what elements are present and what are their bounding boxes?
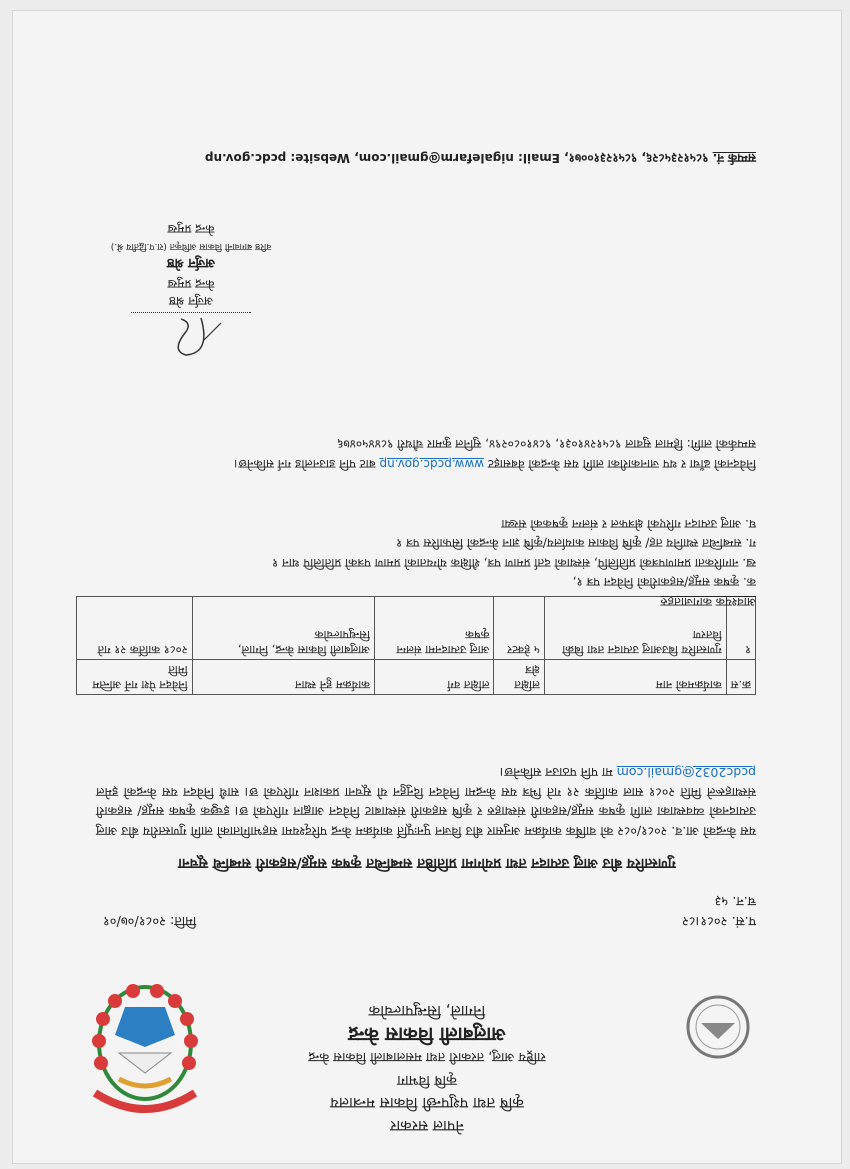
footer-website-label: Website: [290, 151, 349, 165]
contact-persons: सम्पर्कको लागि: हिमाल सुवाल ९८५१२४१०३१, … [76, 434, 756, 454]
ministry-name: कृषि तथा पशुपन्छी विकास मन्त्रालय [13, 1091, 841, 1114]
col-program: कार्यक्रमको नाम [544, 660, 726, 695]
body-text-end: मा पनि पठाउन सकिनेछ। [500, 766, 613, 781]
letter-date: मिति: २०८१/०७/०१ [103, 913, 196, 931]
col-location: कार्यक्रम हुने स्थान [192, 660, 374, 695]
footer-contact: सम्पर्क नं. ९८५१२३५८२६, ९८५१२३१००७१, Ema… [205, 150, 756, 167]
signature-scribble-icon [101, 313, 281, 363]
stamp-title: वरिष्ठ बागवानी विकास अधिकृत (रा.प.द्विती… [101, 237, 281, 254]
document-item: ख. नागरिकता प्रमाणपत्रको प्रतिलिपि, संस्… [76, 553, 756, 573]
department-name: कृषि विभाग [13, 1068, 841, 1091]
signatory-name: अर्जुन श्रेष्ठ [101, 292, 281, 309]
footer-email[interactable]: nigalefarm@gmail.com [359, 151, 514, 165]
stamp-role: केन्द्र प्रमुख [101, 220, 281, 237]
document-item: घ. आलु उत्पादन गरिएको क्षेत्रफल र संलग्न… [76, 514, 756, 534]
date-value: २०८१/०७/०१ [103, 913, 166, 928]
government-name: नेपाल सरकार [13, 1114, 841, 1137]
stamp-name: अर्जुन श्रेष्ठ [101, 254, 281, 271]
scanned-page: नेपाल सरकार कृषि तथा पशुपन्छी विकास मन्त… [12, 10, 842, 1164]
reference-label: प.सं. [732, 913, 756, 928]
signature-block: अर्जुन श्रेष्ठ केन्द्र प्रमुख अर्जुन श्र… [101, 220, 281, 363]
additional-info: निवेदनको ढाँचा र थप जानकारीका लागि यस के… [76, 434, 756, 473]
footer-email-label: Email: [518, 151, 560, 165]
office-name: आलुबाली विकास केन्द्र [13, 1022, 841, 1045]
table-header-row: क्र.स कार्यक्रमको नाम लक्षित क्षेत्र लक्… [77, 660, 756, 695]
col-sn: क्र.स [726, 660, 755, 695]
contact-label: सम्पर्क नं. [713, 151, 756, 165]
notice-subject: गुणस्तरिय बीउ आलु उत्पादन तथा प्रयोगमा प… [13, 854, 841, 873]
dispatch-label: च.न. [732, 893, 756, 908]
signatory-title: केन्द्र प्रमुख [101, 275, 281, 292]
dispatch-value: ५३ [715, 893, 729, 908]
required-documents: आवश्यक कागजातहरु क. कृषक समूह/सहकारीको न… [76, 514, 756, 612]
info-text-end: बाट पनि डाउनलोड गर्न सकिनेछ। [234, 457, 376, 471]
letter-sheet-rotated: नेपाल सरकार कृषि तथा पशुपन्छी विकास मन्त… [13, 11, 841, 1163]
notice-body: यस केन्द्रको आ.व. २०८१/०८२ को वार्षिक का… [96, 763, 756, 841]
info-text: निवेदनको ढाँचा र थप जानकारीका लागि यस के… [488, 457, 756, 471]
document-item: क. कृषक समूह/सहकारीको निवेदन पत्र १, [76, 572, 756, 592]
date-label: मिति: [170, 913, 196, 928]
website-link[interactable]: www.pcdc.gov.np [379, 457, 484, 471]
program-name: राष्ट्रिय आलु, तरकारी तथा मसलाबाली विकास… [13, 1045, 841, 1068]
letterhead: नेपाल सरकार कृषि तथा पशुपन्छी विकास मन्त… [13, 999, 841, 1137]
reference-value: २०८१।८२ [682, 913, 728, 928]
office-location: निगाले, सिन्धुपाल्चोक [13, 999, 841, 1022]
office-email-link[interactable]: pcdc2032@gmail.com [617, 766, 756, 781]
dispatch-number: च.न. ५३ [715, 893, 756, 911]
col-target-group: लक्षित वर्ग [375, 660, 494, 695]
body-text: यस केन्द्रको आ.व. २०८१/०८२ को वार्षिक का… [96, 785, 756, 839]
col-deadline: निवेदन पेश गर्ने अन्तिम मिति [77, 660, 193, 695]
document-item: ग. सम्बन्धित स्थानिय तह/ कृषि विकास कार्… [76, 533, 756, 553]
reference-number: प.सं. २०८१।८२ [682, 913, 756, 931]
contact-phones: ९८५१२३५८२६, ९८५१२३१००७१ [569, 151, 709, 165]
footer-website[interactable]: pcdc.gov.np [205, 151, 286, 165]
documents-heading: आवश्यक कागजातहरु [76, 592, 756, 612]
col-target-area: लक्षित क्षेत्र [494, 660, 544, 695]
